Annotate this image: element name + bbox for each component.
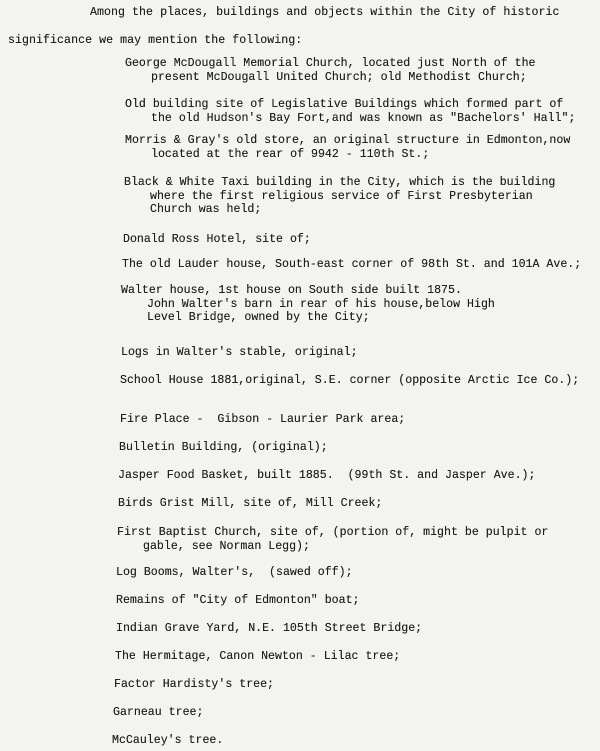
list-item-continuation: John Walter's barn in rear of his house,… xyxy=(121,298,495,312)
list-item: Black & White Taxi building in the City,… xyxy=(124,176,555,217)
list-item: Jasper Food Basket, built 1885. (99th St… xyxy=(118,469,535,483)
list-item-text: Birds Grist Mill, site of, Mill Creek; xyxy=(118,497,382,511)
list-item: Log Booms, Walter's, (sawed off); xyxy=(116,566,353,580)
list-item-text: Indian Grave Yard, N.E. 105th Street Bri… xyxy=(116,622,422,636)
list-item-text: Garneau tree; xyxy=(113,706,203,720)
list-item: The old Lauder house, South-east corner … xyxy=(122,258,581,272)
list-item: George McDougall Memorial Church, locate… xyxy=(125,57,536,84)
list-item-text: McCauley's tree. xyxy=(112,734,223,748)
list-item: First Baptist Church, site of, (portion … xyxy=(117,526,548,553)
list-item-text: Old building site of Legislative Buildin… xyxy=(125,98,575,112)
list-item: Indian Grave Yard, N.E. 105th Street Bri… xyxy=(116,622,422,636)
intro-line-1: Among the places, buildings and objects … xyxy=(90,6,560,19)
list-item-text: Jasper Food Basket, built 1885. (99th St… xyxy=(118,469,535,483)
list-item: School House 1881,original, S.E. corner … xyxy=(120,374,579,388)
list-item-continuation: the old Hudson's Bay Fort,and was known … xyxy=(125,112,575,126)
list-item-continuation: Church was held; xyxy=(124,203,555,217)
list-item-text: Log Booms, Walter's, (sawed off); xyxy=(116,566,353,580)
list-item-text: First Baptist Church, site of, (portion … xyxy=(117,526,548,540)
list-item: Morris & Gray's old store, an original s… xyxy=(125,134,570,161)
list-item: Factor Hardisty's tree; xyxy=(114,678,274,692)
intro-line-2: significance we may mention the followin… xyxy=(8,34,302,47)
list-item: Fire Place - Gibson - Laurier Park area; xyxy=(120,413,405,427)
list-item-continuation: where the first religious service of Fir… xyxy=(124,190,555,204)
list-item-text: Fire Place - Gibson - Laurier Park area; xyxy=(120,413,405,427)
list-item: The Hermitage, Canon Newton - Lilac tree… xyxy=(115,650,400,664)
list-item-text: Bulletin Building, (original); xyxy=(119,441,328,455)
list-item-text: Donald Ross Hotel, site of; xyxy=(123,233,311,247)
list-item: Logs in Walter's stable, original; xyxy=(121,346,358,360)
list-item-text: Logs in Walter's stable, original; xyxy=(121,346,358,360)
list-item-continuation: located at the rear of 9942 - 110th St.; xyxy=(125,148,570,162)
list-item-text: George McDougall Memorial Church, locate… xyxy=(125,57,536,71)
list-item-text: Factor Hardisty's tree; xyxy=(114,678,274,692)
list-item: Old building site of Legislative Buildin… xyxy=(125,98,575,125)
list-item-text: The old Lauder house, South-east corner … xyxy=(122,258,581,272)
list-item-text: Remains of "City of Edmonton" boat; xyxy=(116,594,360,608)
list-item: McCauley's tree. xyxy=(112,734,223,748)
list-item-text: Morris & Gray's old store, an original s… xyxy=(125,134,570,148)
list-item-text: School House 1881,original, S.E. corner … xyxy=(120,374,579,388)
list-item-continuation: gable, see Norman Legg); xyxy=(117,540,548,554)
list-item: Donald Ross Hotel, site of; xyxy=(123,233,311,247)
list-item-continuation: Level Bridge, owned by the City; xyxy=(121,311,495,325)
list-item: Garneau tree; xyxy=(113,706,203,720)
list-item-text: The Hermitage, Canon Newton - Lilac tree… xyxy=(115,650,400,664)
list-item: Bulletin Building, (original); xyxy=(119,441,328,455)
list-item-text: Black & White Taxi building in the City,… xyxy=(124,176,555,190)
typewritten-page: Among the places, buildings and objects … xyxy=(0,0,600,751)
list-item-text: Walter house, 1st house on South side bu… xyxy=(121,284,495,298)
list-item: Walter house, 1st house on South side bu… xyxy=(121,284,495,325)
list-item-continuation: present McDougall United Church; old Met… xyxy=(125,71,536,85)
list-item: Remains of "City of Edmonton" boat; xyxy=(116,594,360,608)
list-item: Birds Grist Mill, site of, Mill Creek; xyxy=(118,497,382,511)
